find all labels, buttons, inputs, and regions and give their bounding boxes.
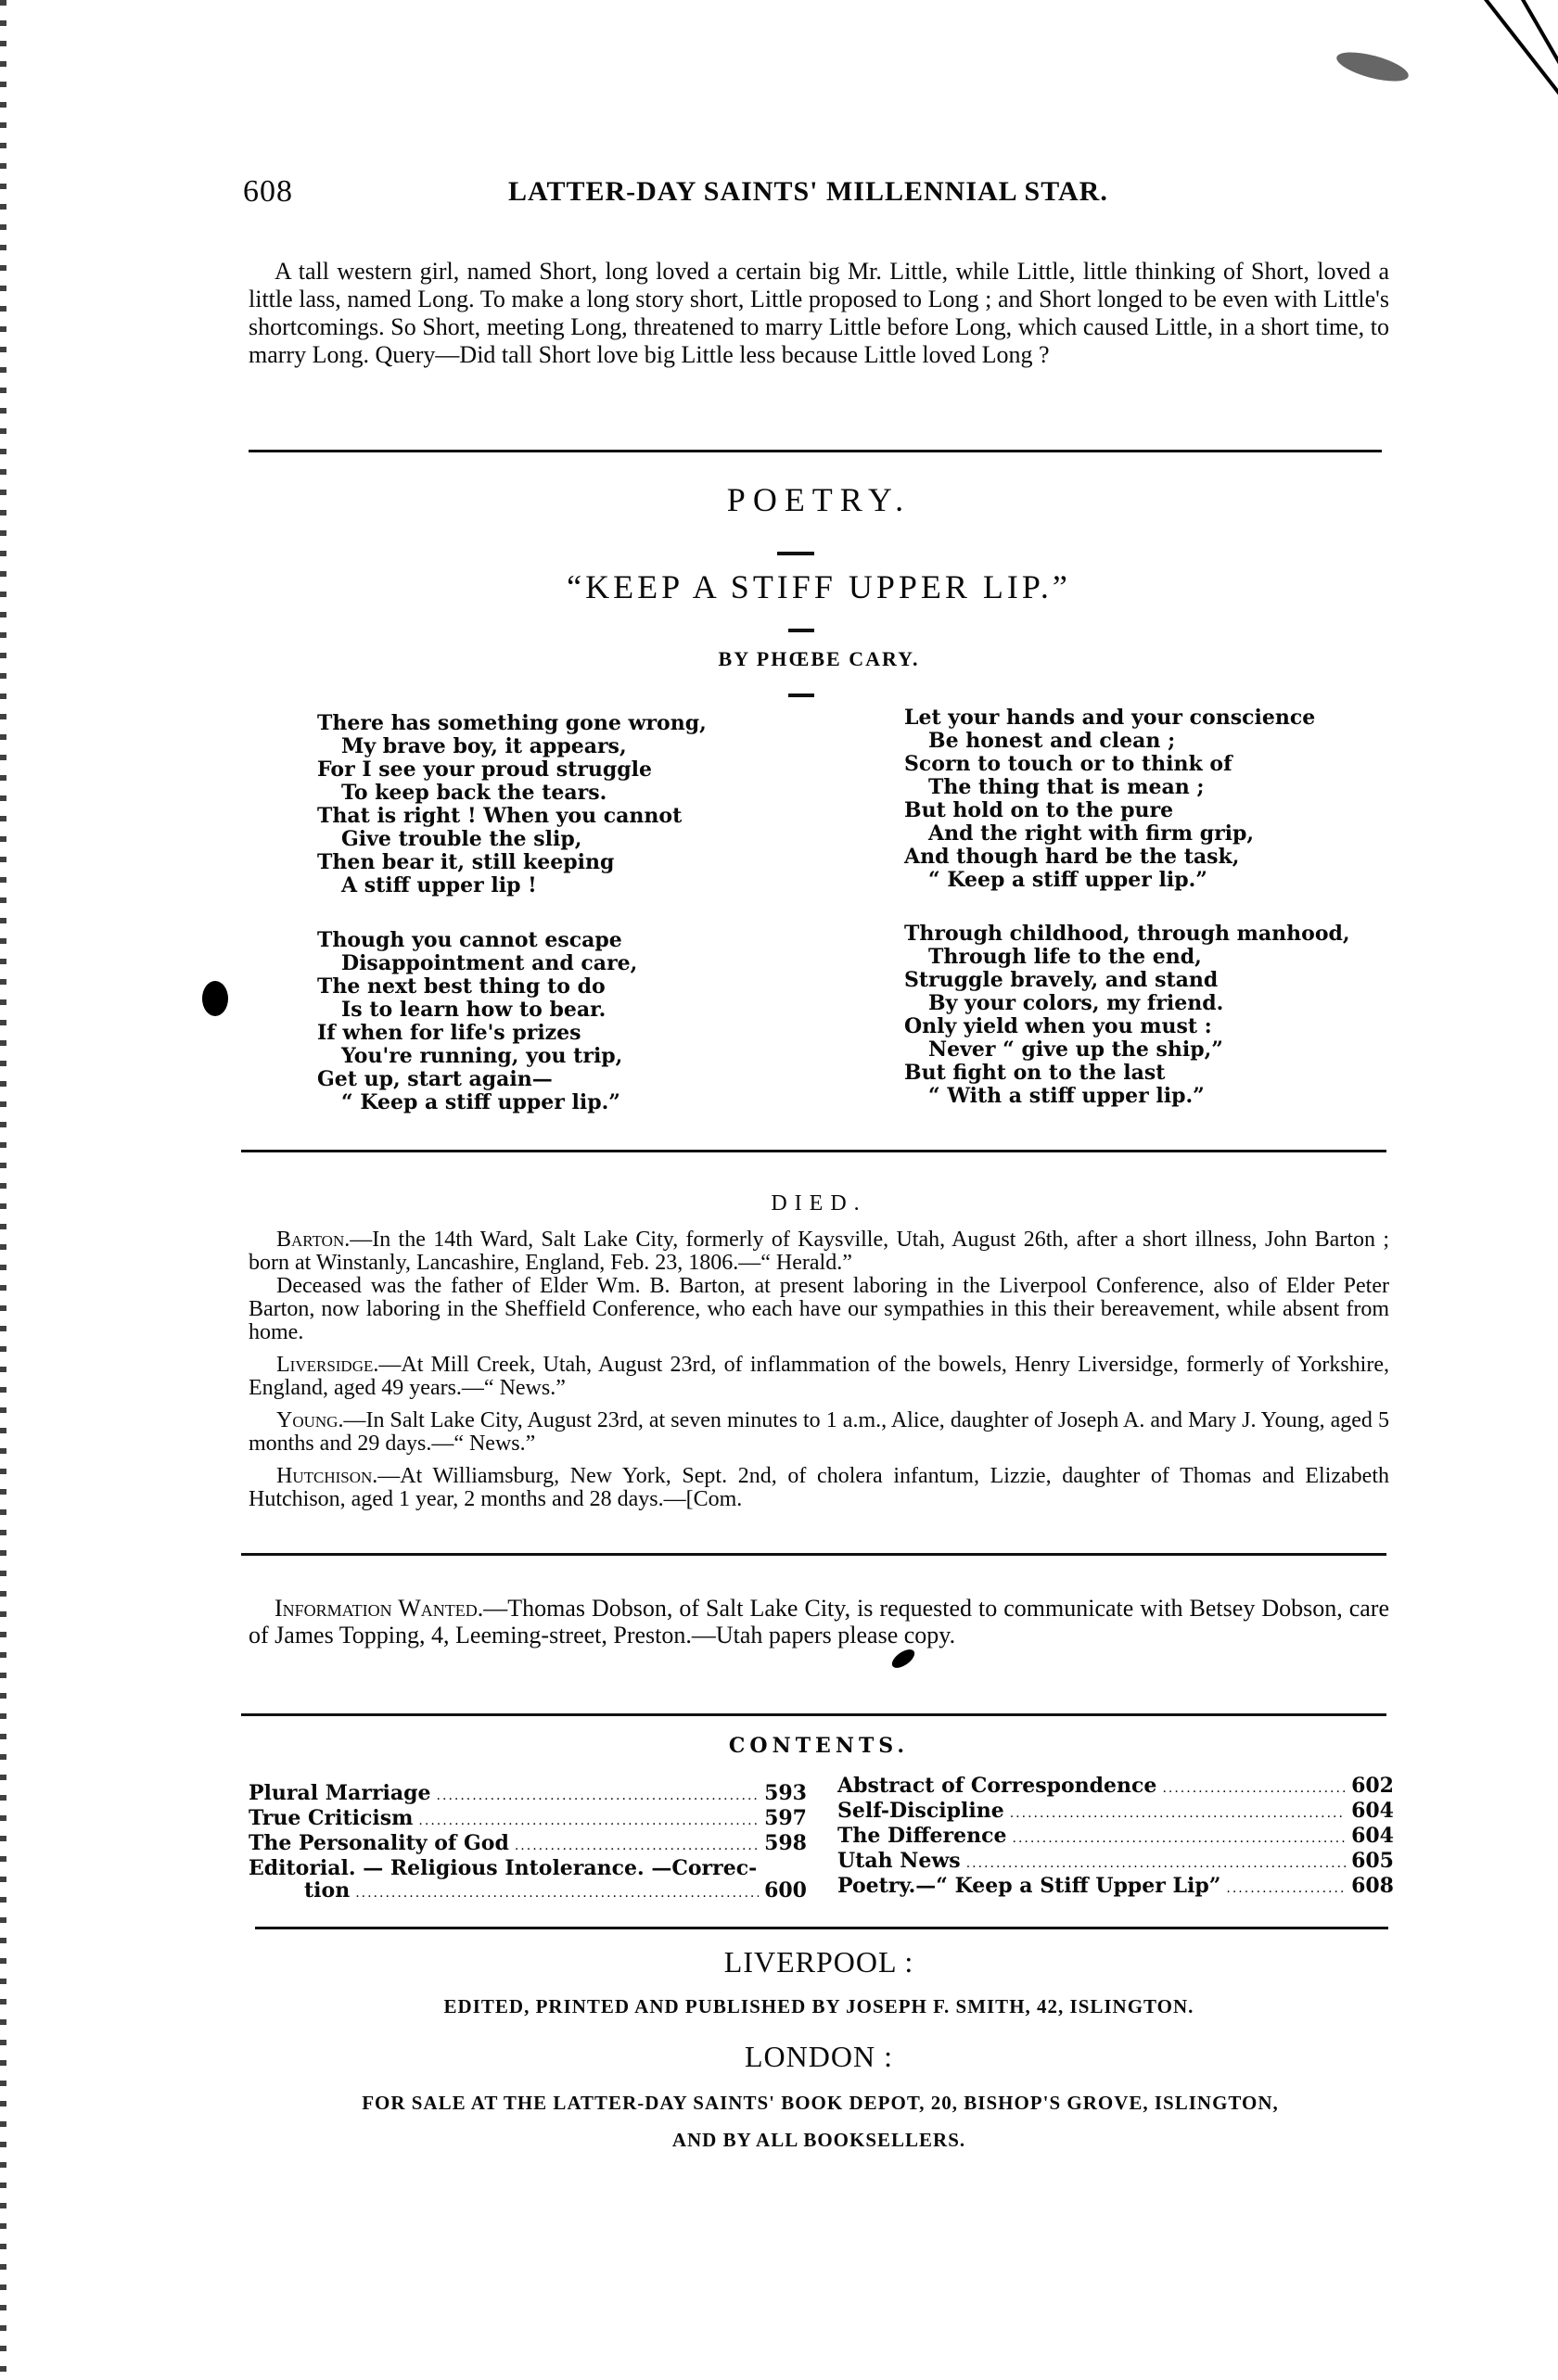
poem-line: But hold on to the pure (904, 799, 1315, 822)
intro-paragraph: A tall western girl, named Short, long l… (249, 258, 1389, 369)
section-divider (255, 1927, 1388, 1929)
short-divider (788, 694, 814, 697)
contents-entry-page: 597 (764, 1807, 807, 1829)
poem-stanza-3: Let your hands and your conscience Be ho… (904, 706, 1315, 892)
publication-title: LATTER-DAY SAINTS' MILLENNIAL STAR. (508, 176, 1108, 208)
poetry-heading: POETRY. (249, 480, 1389, 519)
page-corner-fold (1521, 0, 1558, 72)
information-wanted-text: Information Wanted.—Thomas Dobson, of Sa… (249, 1595, 1389, 1648)
poem-line: Is to learn how to bear. (317, 999, 637, 1022)
section-divider (241, 1553, 1386, 1556)
contents-entry-title: Utah News (837, 1850, 961, 1872)
poem-line: “ Keep a stiff upper lip.” (317, 1091, 637, 1114)
contents-entry-title: Plural Marriage (249, 1782, 431, 1804)
contents-entry[interactable]: The Difference604 (837, 1825, 1394, 1850)
intro-paragraph-text: A tall western girl, named Short, long l… (249, 258, 1389, 369)
contents-heading: CONTENTS. (249, 1734, 1389, 1758)
contents-entry[interactable]: True Criticism597 (249, 1807, 807, 1832)
poem-stanza-2: Though you cannot escape Disappointment … (317, 929, 637, 1114)
imprint-booksellers-line: AND BY ALL BOOKSELLERS. (249, 2129, 1389, 2152)
obituary-liversidge: Liversidge.—At Mill Creek, Utah, August … (249, 1354, 1389, 1400)
information-wanted: Information Wanted.—Thomas Dobson, of Sa… (249, 1595, 1389, 1648)
contents-entry-page: 604 (1351, 1825, 1394, 1847)
contents-entry-title: Poetry.—“ Keep a Stiff Upper Lip” (837, 1875, 1220, 1897)
leader-dots (1013, 1827, 1347, 1850)
leader-dots (1226, 1877, 1346, 1900)
contents-entry[interactable]: Utah News605 (837, 1850, 1394, 1875)
obituary-name: Barton. (276, 1228, 350, 1252)
poem-line: Give trouble the slip, (317, 828, 707, 851)
obituary-name: Liversidge. (276, 1353, 378, 1377)
contents-entry-title: Editorial. — Religious Intolerance. —Cor… (249, 1857, 757, 1879)
contents-entry-title: Self-Discipline (837, 1800, 1004, 1822)
poem-line: For I see your proud struggle (317, 758, 707, 782)
poem-line: The next best thing to do (317, 975, 637, 999)
contents-entry-page: 608 (1351, 1875, 1394, 1897)
poem-line: Struggle bravely, and stand (904, 969, 1350, 992)
leader-dots (418, 1810, 759, 1832)
imprint-city-liverpool: LIVERPOOL : (249, 1945, 1389, 1979)
short-divider (777, 552, 814, 555)
poem-line: Never “ give up the ship,” (904, 1038, 1350, 1062)
ink-blot (889, 1646, 918, 1672)
poem-byline: BY PHŒBE CARY. (249, 647, 1389, 671)
contents-entry-title: tion (249, 1879, 350, 1902)
poem-line: You're running, you trip, (317, 1045, 637, 1068)
poem-line: A stiff upper lip ! (317, 874, 707, 897)
obituary-young: Young.—In Salt Lake City, August 23rd, a… (249, 1409, 1389, 1456)
imprint-city-london: LONDON : (249, 2040, 1389, 2074)
section-divider (249, 450, 1382, 452)
contents-entry-title: The Difference (837, 1825, 1007, 1847)
contents-entry[interactable]: Plural Marriage593 (249, 1782, 807, 1807)
obituary-name: Young. (276, 1408, 343, 1432)
contents-entry[interactable]: Self-Discipline604 (837, 1800, 1394, 1825)
poem-stanza-4: Through childhood, through manhood, Thro… (904, 923, 1350, 1108)
poem-title: “KEEP A STIFF UPPER LIP.” (249, 567, 1389, 606)
contents-entry-page: 593 (764, 1782, 807, 1804)
contents-entry[interactable]: Editorial. — Religious Intolerance. —Cor… (249, 1857, 807, 1879)
obituary-barton: Barton.—In the 14th Ward, Salt Lake City… (249, 1228, 1389, 1275)
short-divider (788, 629, 814, 632)
leader-dots (966, 1852, 1346, 1875)
poem-line: My brave boy, it appears, (317, 735, 707, 758)
poem-stanza-1: There has something gone wrong, My brave… (317, 712, 707, 897)
poem-line: Then bear it, still keeping (317, 851, 707, 874)
poem-line: That is right ! When you cannot (317, 805, 707, 828)
poem-line: If when for life's prizes (317, 1022, 637, 1045)
imprint-sale-line: FOR SALE AT THE LATTER-DAY SAINTS' BOOK … (243, 2092, 1398, 2115)
contents-left-column: Plural Marriage593 True Criticism597 The… (249, 1782, 807, 1904)
obituary-hutchison: Hutchison.—At Williamsburg, New York, Se… (249, 1465, 1389, 1511)
obituary-text: —At Williamsburg, New York, Sept. 2nd, o… (249, 1464, 1389, 1511)
leader-dots (1162, 1777, 1346, 1800)
contents-entry-title: True Criticism (249, 1807, 413, 1829)
ink-blot (202, 981, 228, 1016)
poem-line: But fight on to the last (904, 1062, 1350, 1085)
contents-entry-page: 602 (1351, 1775, 1394, 1797)
imprint-publisher-line: EDITED, PRINTED AND PUBLISHED BY JOSEPH … (249, 1995, 1389, 2018)
poem-line: Though you cannot escape (317, 929, 637, 952)
contents-entry-page: 598 (764, 1832, 807, 1854)
obituary-text: —In the 14th Ward, Salt Lake City, forme… (249, 1228, 1389, 1275)
page-corner-fold (1484, 0, 1558, 102)
poem-line: Let your hands and your conscience (904, 706, 1315, 730)
poem-line: To keep back the tears. (317, 782, 707, 805)
contents-entry[interactable]: Abstract of Correspondence602 (837, 1775, 1394, 1800)
contents-entry-title: The Personality of God (249, 1832, 509, 1854)
obituaries: Barton.—In the 14th Ward, Salt Lake City… (249, 1228, 1389, 1521)
information-wanted-label: Information Wanted. (275, 1595, 483, 1622)
leader-dots (1010, 1802, 1346, 1825)
poem-line: Only yield when you must : (904, 1015, 1350, 1038)
poem-line: By your colors, my friend. (904, 992, 1350, 1015)
contents-entry-title: Abstract of Correspondence (837, 1775, 1156, 1797)
obituary-text: —In Salt Lake City, August 23rd, at seve… (249, 1408, 1389, 1456)
section-divider (241, 1713, 1386, 1716)
contents-entry-page: 604 (1351, 1800, 1394, 1822)
poem-line: “ Keep a stiff upper lip.” (904, 869, 1315, 892)
contents-entry-page: 605 (1351, 1850, 1394, 1872)
poem-line: The thing that is mean ; (904, 776, 1315, 799)
poem-line: “ With a stiff upper lip.” (904, 1085, 1350, 1108)
poem-line: Be honest and clean ; (904, 730, 1315, 753)
poem-line: Disappointment and care, (317, 952, 637, 975)
leader-dots (515, 1835, 759, 1857)
contents-entry-continuation[interactable]: tion600 (249, 1879, 807, 1904)
scan-edge-artifact (0, 0, 6, 2380)
ink-blot (1334, 46, 1411, 87)
poem-line: And though hard be the task, (904, 846, 1315, 869)
contents-entry-page: 600 (764, 1879, 807, 1902)
poem-line: Scorn to touch or to think of (904, 753, 1315, 776)
leader-dots (355, 1882, 759, 1904)
obituary-text: —At Mill Creek, Utah, August 23rd, of in… (249, 1353, 1389, 1400)
section-divider (241, 1150, 1386, 1152)
poem-line: Get up, start again— (317, 1068, 637, 1091)
contents-entry[interactable]: Poetry.—“ Keep a Stiff Upper Lip”608 (837, 1875, 1394, 1900)
poem-line: Through childhood, through manhood, (904, 923, 1350, 946)
obituary-barton-continuation: Deceased was the father of Elder Wm. B. … (249, 1275, 1389, 1344)
poem-line: Through life to the end, (904, 946, 1350, 969)
leader-dots (437, 1785, 760, 1807)
obituary-name: Hutchison. (276, 1464, 377, 1488)
poem-line: There has something gone wrong, (317, 712, 707, 735)
page-number: 608 (243, 174, 293, 210)
poem-line: And the right with firm grip, (904, 822, 1315, 846)
died-heading: DIED. (249, 1191, 1389, 1216)
contents-entry[interactable]: The Personality of God598 (249, 1832, 807, 1857)
contents-right-column: Abstract of Correspondence602 Self-Disci… (837, 1775, 1394, 1900)
